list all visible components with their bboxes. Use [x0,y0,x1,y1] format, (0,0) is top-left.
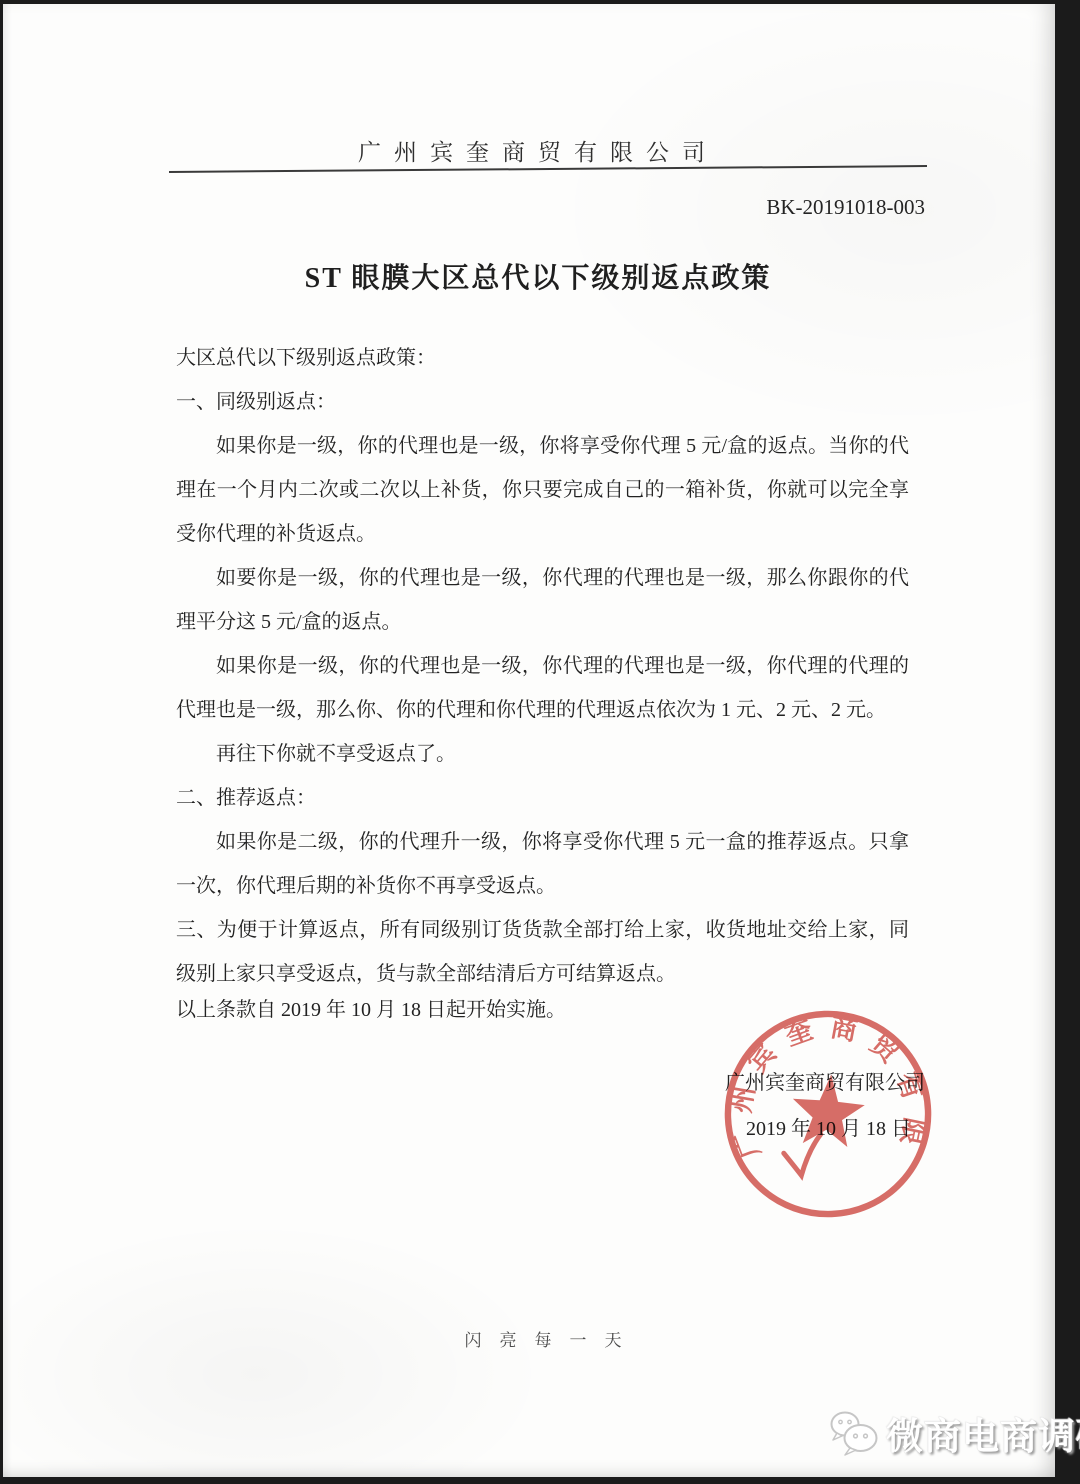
footer-slogan: 闪亮每一天 [173,1326,913,1351]
section3-paragraph: 三、为便于计算返点，所有同级别订货货款全部打给上家，收货地址交给上家，同级别上家… [176,908,909,996]
section2-paragraph-1: 如果你是二级，你的代理升一级，你将享受你代理 5 元一盒的推荐返点。只拿一次，你… [176,820,909,908]
scanned-document-photo: 广州宾奎商贸有限公司 BK-20191018-003 ST 眼膜大区总代以下级别… [0,0,1080,1484]
section1-paragraph-4: 再往下你就不享受返点了。 [176,732,909,776]
wechat-chat-bubbles-icon [829,1410,879,1456]
seal-star-icon [789,1071,867,1148]
policy-body: 大区总代以下级别返点政策： 一、同级别返点： 如果你是一级，你的代理也是一级，你… [176,336,909,996]
watermark: 微商电商调研 [829,1406,1080,1460]
company-seal-stamp-icon: 广州宾奎商贸有限公司 [715,1001,940,1226]
section1-heading: 一、同级别返点： [176,380,909,424]
svg-text:广州宾奎商贸有限公司: 广州宾奎商贸有限公司 [715,1001,931,1163]
letterhead-company-name: 广州宾奎商贸有限公司 [153,134,923,167]
document-page: 广州宾奎商贸有限公司 BK-20191018-003 ST 眼膜大区总代以下级别… [3,4,1055,1477]
policy-intro: 大区总代以下级别返点政策： [176,336,909,380]
section1-paragraph-3: 如果你是一级，你的代理也是一级，你代理的代理也是一级，你代理的代理的代理也是一级… [176,644,909,732]
seal-check-mark [783,1134,822,1176]
section1-paragraph-1: 如果你是一级，你的代理也是一级，你将享受你代理 5 元/盒的返点。当你的代理在一… [176,424,909,556]
document-number: BK-20191018-003 [173,195,925,220]
section1-paragraph-2: 如要你是一级，你的代理也是一级，你代理的代理也是一级，那么你跟你的代理平分这 5… [176,556,909,644]
watermark-label: 微商电商调研 [886,1406,1080,1460]
document-title: ST 眼膜大区总代以下级别返点政策 [123,256,953,296]
section2-heading: 二、推荐返点： [176,776,909,820]
seal-ring-text: 广州宾奎商贸有限公司 [715,1001,931,1163]
